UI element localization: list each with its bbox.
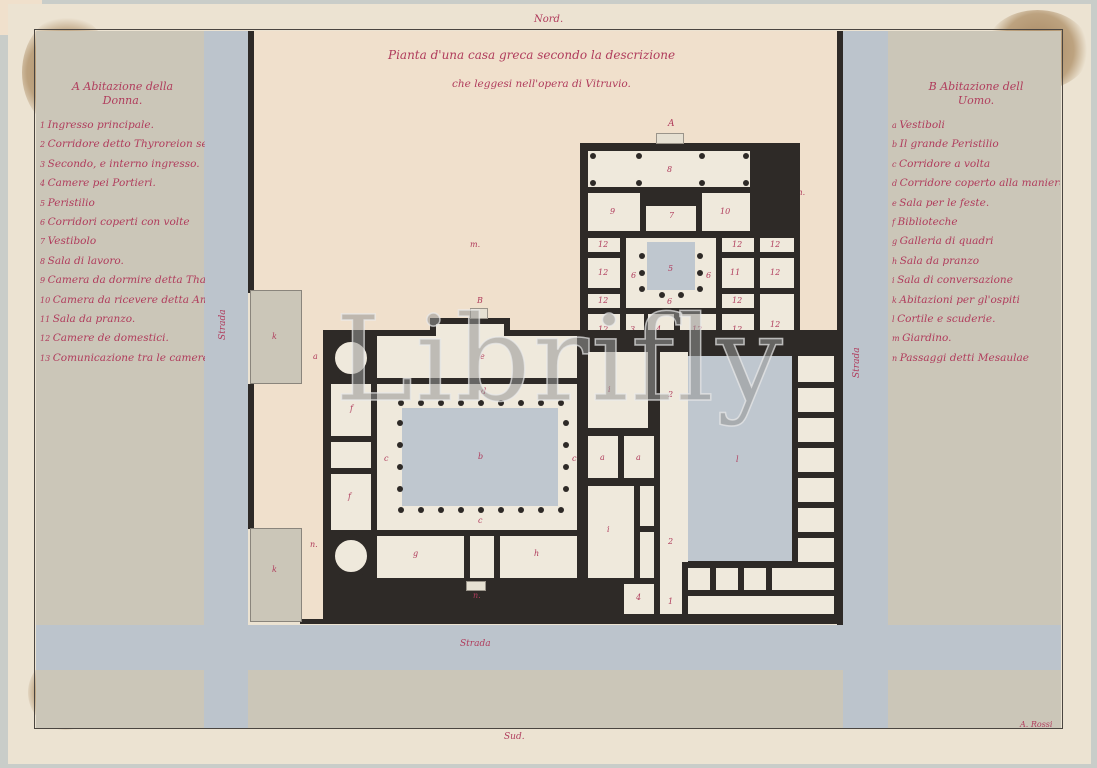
label-room-8: 8 xyxy=(667,165,672,174)
south-room-4 xyxy=(772,568,834,590)
label-room-6c: 6 xyxy=(667,297,672,306)
column xyxy=(636,153,642,159)
column xyxy=(397,486,403,492)
entrance-steps-n xyxy=(466,581,486,591)
legend-item-key: h xyxy=(892,257,900,266)
legend-item-label: Il grande Peristilio xyxy=(900,138,999,150)
legend-item: 13 Comunicazione tra le camere dell'uomo… xyxy=(40,349,205,368)
legend-item-key: 4 xyxy=(40,179,48,188)
column xyxy=(697,270,703,276)
legend-item-key: 9 xyxy=(40,276,48,285)
label-room-12: 12 xyxy=(770,320,780,329)
column xyxy=(558,507,564,513)
legend-item: 8 Sala di lavoro. xyxy=(40,252,205,271)
label-room-l: l xyxy=(736,455,739,464)
legend-item-key: 5 xyxy=(40,199,48,208)
label-room-i2: i xyxy=(607,525,610,534)
legend-item-label: Corridore coperto alla maniera di Rodi xyxy=(900,177,1060,189)
round-room-sw xyxy=(329,534,373,578)
column xyxy=(478,400,484,406)
label-room-12: 12 xyxy=(598,240,608,249)
column xyxy=(639,253,645,259)
street-label-bottom: Strada xyxy=(460,639,491,649)
south-room-3 xyxy=(744,568,766,590)
label-room-7: 7 xyxy=(669,211,674,220)
label-garden-m: m. xyxy=(470,240,480,249)
column xyxy=(538,400,544,406)
legend-item: f Biblioteche xyxy=(892,213,1060,232)
drawing-title-line1: Pianta d'una casa greca secondo la descr… xyxy=(388,48,675,62)
legend-item: a Vestiboli xyxy=(892,116,1060,135)
legend-item-key: 12 xyxy=(40,334,53,343)
artist-signature: A. Rossi xyxy=(1020,720,1052,729)
legend-item-key: 8 xyxy=(40,257,48,266)
legend-item-label: Abitazioni per gl'ospiti xyxy=(899,294,1019,306)
legend-item-label: Cortile e scuderie. xyxy=(897,313,995,325)
entrance-steps-A xyxy=(656,133,684,144)
library-f-lower xyxy=(331,474,371,530)
label-room-12: 12 xyxy=(598,268,608,277)
legend-women-house: A Abitazione della Donna. 1 Ingresso pri… xyxy=(40,80,205,368)
stable-1 xyxy=(798,356,834,382)
label-room-b: b xyxy=(478,452,483,461)
column xyxy=(563,442,569,448)
label-room-h: h xyxy=(534,549,539,558)
legend-item: g Galleria di quadri xyxy=(892,232,1060,251)
stable-3 xyxy=(798,418,834,442)
legend-item: 4 Camere pei Portieri. xyxy=(40,174,205,193)
boundary-wall-left-mid xyxy=(248,384,254,529)
street-label-left: Strada xyxy=(218,309,228,340)
legend-item: e Sala per le feste. xyxy=(892,194,1060,213)
bottom-panel-center xyxy=(248,670,843,728)
label-k-top: k xyxy=(272,332,277,341)
column xyxy=(397,420,403,426)
legend-item: 3 Secondo, e interno ingresso. xyxy=(40,155,205,174)
column xyxy=(678,292,684,298)
column xyxy=(699,153,705,159)
legend-item-label: Sala di conversazione xyxy=(897,274,1013,286)
column xyxy=(438,400,444,406)
legend-right-heading: B Abitazione dell Uomo. xyxy=(892,80,1060,108)
legend-item: l Cortile e scuderie. xyxy=(892,310,1060,329)
legend-item-label: Comunicazione tra le camere dell'uomo, e… xyxy=(53,352,205,364)
label-room-6a: 6 xyxy=(631,271,636,280)
legend-item-label: Passaggi detti Mesaulae xyxy=(900,352,1029,364)
label-room-11: 11 xyxy=(730,268,740,277)
legend-item-key: 7 xyxy=(40,237,48,246)
legend-right-list: a Vestibolib Il grande Peristilioc Corri… xyxy=(892,116,1060,368)
street-bottom xyxy=(36,625,1061,670)
drawing-title-line2: che leggesi nell'opera di Vitruvio. xyxy=(452,78,631,90)
label-n-west: n. xyxy=(310,540,318,549)
street-left xyxy=(204,31,248,728)
legend-item-key: b xyxy=(892,140,900,149)
label-room-c1: c xyxy=(384,454,388,463)
legend-item: 2 Corridore detto Thyroreion secondo Vit… xyxy=(40,135,205,154)
label-gate-n: n. xyxy=(473,591,481,600)
legend-item-label: Sala di lavoro. xyxy=(48,255,124,267)
legend-item: d Corridore coperto alla maniera di Rodi xyxy=(892,174,1060,193)
legend-item-key: 6 xyxy=(40,218,48,227)
column xyxy=(418,400,424,406)
label-entrance-B: B xyxy=(477,296,483,305)
column xyxy=(659,292,665,298)
south-room-1 xyxy=(688,568,710,590)
legend-item: 12 Camere de domestici. xyxy=(40,329,205,348)
legend-item: 11 Sala da pranzo. xyxy=(40,310,205,329)
column xyxy=(478,507,484,513)
column xyxy=(538,507,544,513)
stable-2 xyxy=(798,388,834,412)
legend-item-label: Camera da dormire detta Thalamus xyxy=(48,274,205,286)
street-right xyxy=(843,31,888,728)
column xyxy=(518,507,524,513)
label-room-12: 12 xyxy=(770,240,780,249)
label-room-12: 12 xyxy=(770,268,780,277)
stable-7 xyxy=(798,538,834,562)
column xyxy=(498,400,504,406)
legend-item-key: 2 xyxy=(40,140,48,149)
stable-5 xyxy=(798,478,834,502)
label-room-i1: i xyxy=(608,385,611,394)
passage-south xyxy=(470,536,494,578)
label-room-4b: 4 xyxy=(636,593,641,602)
label-room-a1: a xyxy=(600,453,605,462)
column xyxy=(563,486,569,492)
column xyxy=(743,180,749,186)
court-l-stables xyxy=(688,356,792,561)
side-room-i xyxy=(640,486,654,526)
bottom-panel-left xyxy=(36,670,204,728)
legend-item: k Abitazioni per gl'ospiti xyxy=(892,291,1060,310)
column xyxy=(397,442,403,448)
legend-item-label: Vestiboli xyxy=(899,119,945,131)
column xyxy=(458,507,464,513)
label-a-west: a xyxy=(313,352,318,361)
legend-item-label: Biblioteche xyxy=(898,216,958,228)
legend-item: n Passaggi detti Mesaulae xyxy=(892,349,1060,368)
legend-item-key: g xyxy=(892,237,900,246)
column xyxy=(563,420,569,426)
column xyxy=(639,270,645,276)
legend-item-key: 13 xyxy=(40,354,53,363)
column xyxy=(558,400,564,406)
column xyxy=(743,153,749,159)
gallery-g xyxy=(377,536,464,578)
column xyxy=(590,180,596,186)
label-room-g: g xyxy=(413,549,418,558)
column xyxy=(458,400,464,406)
legend-item-label: Secondo, e interno ingresso. xyxy=(48,158,200,170)
street-label-right: Strada xyxy=(852,347,862,378)
conversation-room-i-upper xyxy=(588,352,648,428)
column xyxy=(397,464,403,470)
room-small-west xyxy=(331,442,371,468)
legend-item: 7 Vestibolo xyxy=(40,232,205,251)
south-corridor xyxy=(688,596,834,614)
legend-item: 1 Ingresso principale. xyxy=(40,116,205,135)
boundary-wall-left-top xyxy=(248,31,254,293)
room-e-bump xyxy=(436,324,504,338)
label-room-5: 5 xyxy=(668,264,673,273)
label-room-c2: c xyxy=(572,454,576,463)
entrance-steps-B xyxy=(470,308,488,319)
label-room-e: e xyxy=(480,352,485,361)
legend-left-list: 1 Ingresso principale.2 Corridore detto … xyxy=(40,116,205,368)
column xyxy=(639,286,645,292)
legend-item-label: Galleria di quadri xyxy=(900,235,994,247)
legend-item-key: 11 xyxy=(40,315,53,324)
round-room-nw xyxy=(329,336,373,380)
legend-item-key: 3 xyxy=(40,160,48,169)
column xyxy=(697,286,703,292)
legend-item-label: Corridore detto Thyroreion secondo Vitru… xyxy=(48,138,205,150)
side-room-i2 xyxy=(640,532,654,578)
column xyxy=(398,400,404,406)
legend-item-key: n xyxy=(892,354,900,363)
legend-item: c Corridore a volta xyxy=(892,155,1060,174)
legend-item: 10 Camera da ricevere detta Amphithalamu… xyxy=(40,291,205,310)
legend-item: h Sala da pranzo xyxy=(892,252,1060,271)
label-room-2a: 2 xyxy=(668,390,673,399)
conversation-room-i-lower xyxy=(588,486,634,578)
label-room-1: 1 xyxy=(668,597,673,606)
column xyxy=(699,180,705,186)
label-room-12: 12 xyxy=(732,296,742,305)
compass-north: Nord. xyxy=(534,14,563,25)
legend-item-label: Giardino. xyxy=(902,332,951,344)
label-room-a2: a xyxy=(636,453,641,462)
stable-6 xyxy=(798,508,834,532)
legend-item: 5 Peristilio xyxy=(40,194,205,213)
legend-item-key: 1 xyxy=(40,121,48,130)
legend-item-label: Ingresso principale. xyxy=(48,119,154,131)
legend-item-label: Peristilio xyxy=(48,197,95,209)
room-e-feast-hall xyxy=(377,336,577,378)
legend-item-key: c xyxy=(892,160,899,169)
label-entrance-A: A xyxy=(668,119,675,129)
column xyxy=(498,507,504,513)
legend-item-label: Sala per le feste. xyxy=(899,197,989,209)
label-room-f1: f xyxy=(350,404,353,413)
label-room-2b: 2 xyxy=(668,537,673,546)
legend-item-label: Camere de domestici. xyxy=(53,332,169,344)
column xyxy=(418,507,424,513)
legend-left-heading: A Abitazione della Donna. xyxy=(40,80,205,108)
legend-item-key: 10 xyxy=(40,296,53,305)
label-k-bottom: k xyxy=(272,565,277,574)
legend-item: i Sala di conversazione xyxy=(892,271,1060,290)
legend-item: 6 Corridori coperti con volte xyxy=(40,213,205,232)
label-room-f2: f xyxy=(348,492,351,501)
column xyxy=(636,180,642,186)
label-room-12: 12 xyxy=(732,240,742,249)
column xyxy=(438,507,444,513)
column xyxy=(590,153,596,159)
south-room-2 xyxy=(716,568,738,590)
column xyxy=(518,400,524,406)
legend-item-key: m xyxy=(892,334,902,343)
column xyxy=(697,253,703,259)
label-room-c3: c xyxy=(478,516,482,525)
legend-item-key: d xyxy=(892,179,900,188)
stable-4 xyxy=(798,448,834,472)
label-room-10: 10 xyxy=(720,207,730,216)
label-room-12: 12 xyxy=(598,296,608,305)
label-room-6b: 6 xyxy=(706,271,711,280)
compass-south: Sud. xyxy=(504,732,525,742)
legend-item-label: Vestibolo xyxy=(48,235,97,247)
legend-item: m Giardino. xyxy=(892,329,1060,348)
legend-item-label: Sala da pranzo xyxy=(900,255,979,267)
legend-item: 9 Camera da dormire detta Thalamus xyxy=(40,271,205,290)
legend-item-label: Corridori coperti con volte xyxy=(48,216,190,228)
legend-item: b Il grande Peristilio xyxy=(892,135,1060,154)
legend-item-label: Corridore a volta xyxy=(899,158,990,170)
legend-men-house: B Abitazione dell Uomo. a Vestibolib Il … xyxy=(892,80,1060,368)
legend-item-label: Camera da ricevere detta Amphithalamus. xyxy=(53,294,205,306)
column xyxy=(398,507,404,513)
legend-item-label: Sala da pranzo. xyxy=(53,313,136,325)
label-room-d: d xyxy=(481,387,486,396)
guest-house-k-bottom xyxy=(250,528,302,622)
column xyxy=(563,464,569,470)
label-room-9: 9 xyxy=(610,207,615,216)
legend-item-label: Camere pei Portieri. xyxy=(48,177,156,189)
